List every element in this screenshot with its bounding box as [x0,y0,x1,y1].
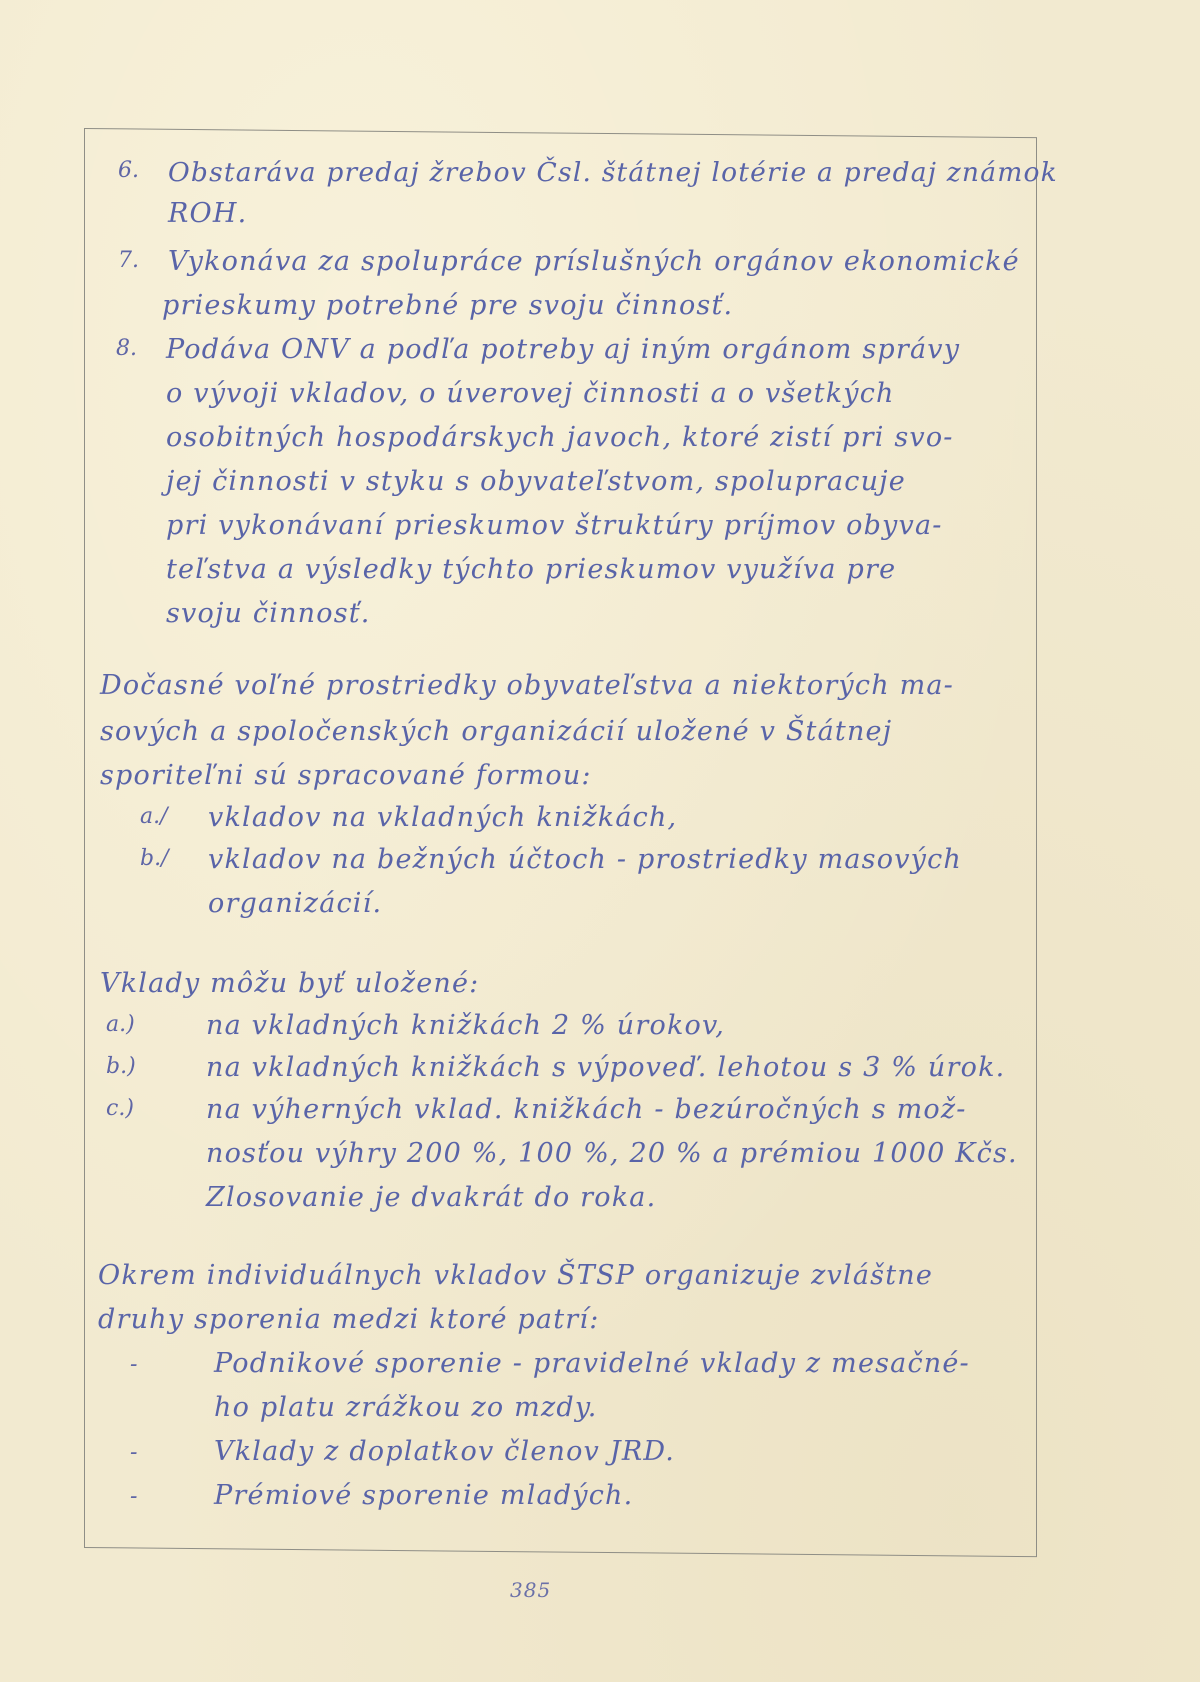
special-item-1-line-2: ho platu zrážkou zo mzdy. [214,1394,598,1421]
special-line-2: druhy sporenia medzi ktoré patrí: [98,1306,600,1333]
deposits-item-b: na vkladných knižkách s výpoveď. lehotou… [206,1054,1005,1081]
deposits-item-c-line-1: na výherných vklad. knižkách - bezúročný… [206,1096,967,1123]
list-marker: c.) [106,1098,134,1120]
funds-item-b-line-1: vkladov na bežných účtoch - prostriedky … [208,846,962,873]
item-number: 8. [116,338,137,360]
funds-line-2: sových a spoločenských organizácií ulože… [100,718,892,745]
deposits-item-c-line-3: Zlosovanie je dvakrát do roka. [206,1184,656,1211]
item-7-line-2: prieskumy potrebné pre svoju činnosť. [162,292,733,319]
funds-item-b-line-2: organizácií. [208,890,382,917]
item-number: 6. [118,160,139,182]
deposits-heading: Vklady môžu byť uložené: [100,970,479,997]
funds-line-3: sporiteľni sú spracované formou: [100,762,592,789]
handwritten-page: 6. Obstaráva predaj žrebov Čsl. štátnej … [0,0,1200,1682]
deposits-item-a: na vkladných knižkách 2 % úrokov, [206,1012,725,1039]
item-number: 7. [118,250,139,272]
funds-item-a: vkladov na vkladných knižkách, [208,804,677,831]
item-8-line-1: Podáva ONV a podľa potreby aj iným orgán… [166,336,960,363]
item-8-line-7: svoju činnosť. [166,600,371,627]
item-7-line-1: Vykonáva za spolupráce príslušných orgán… [168,248,1020,275]
item-8-line-6: teľstva a výsledky týchto prieskumov vyu… [166,556,896,583]
list-marker: a./ [140,806,168,828]
list-marker: - [130,1442,137,1464]
list-marker: b.) [106,1056,136,1078]
item-8-line-4: jej činnosti v styku s obyvateľstvom, sp… [166,468,906,495]
item-6-line-1: Obstaráva predaj žrebov Čsl. štátnej lot… [168,160,1058,187]
special-item-1-line-1: Podnikové sporenie - pravidelné vklady z… [214,1350,970,1377]
item-6-line-2: ROH. [168,200,247,227]
deposits-item-c-line-2: nosťou výhry 200 %, 100 %, 20 % a prémio… [206,1140,1018,1167]
special-item-2: Vklady z doplatkov členov JRD. [214,1438,675,1465]
list-marker: - [130,1486,137,1508]
list-marker: b./ [140,848,169,870]
item-8-line-5: pri vykonávaní prieskumov štruktúry príj… [166,512,943,539]
list-marker: a.) [106,1014,135,1036]
item-8-line-2: o vývoji vkladov, o úverovej činnosti a … [166,380,895,407]
special-item-3: Prémiové sporenie mladých. [214,1482,633,1509]
special-line-1: Okrem individuálnych vkladov ŠTSP organi… [98,1262,933,1289]
list-marker: - [130,1354,137,1376]
funds-line-1: Dočasné voľné prostriedky obyvateľstva a… [100,672,954,699]
item-8-line-3: osobitných hospodárskych javoch, ktoré z… [166,424,954,451]
page-number: 385 [510,1578,551,1602]
